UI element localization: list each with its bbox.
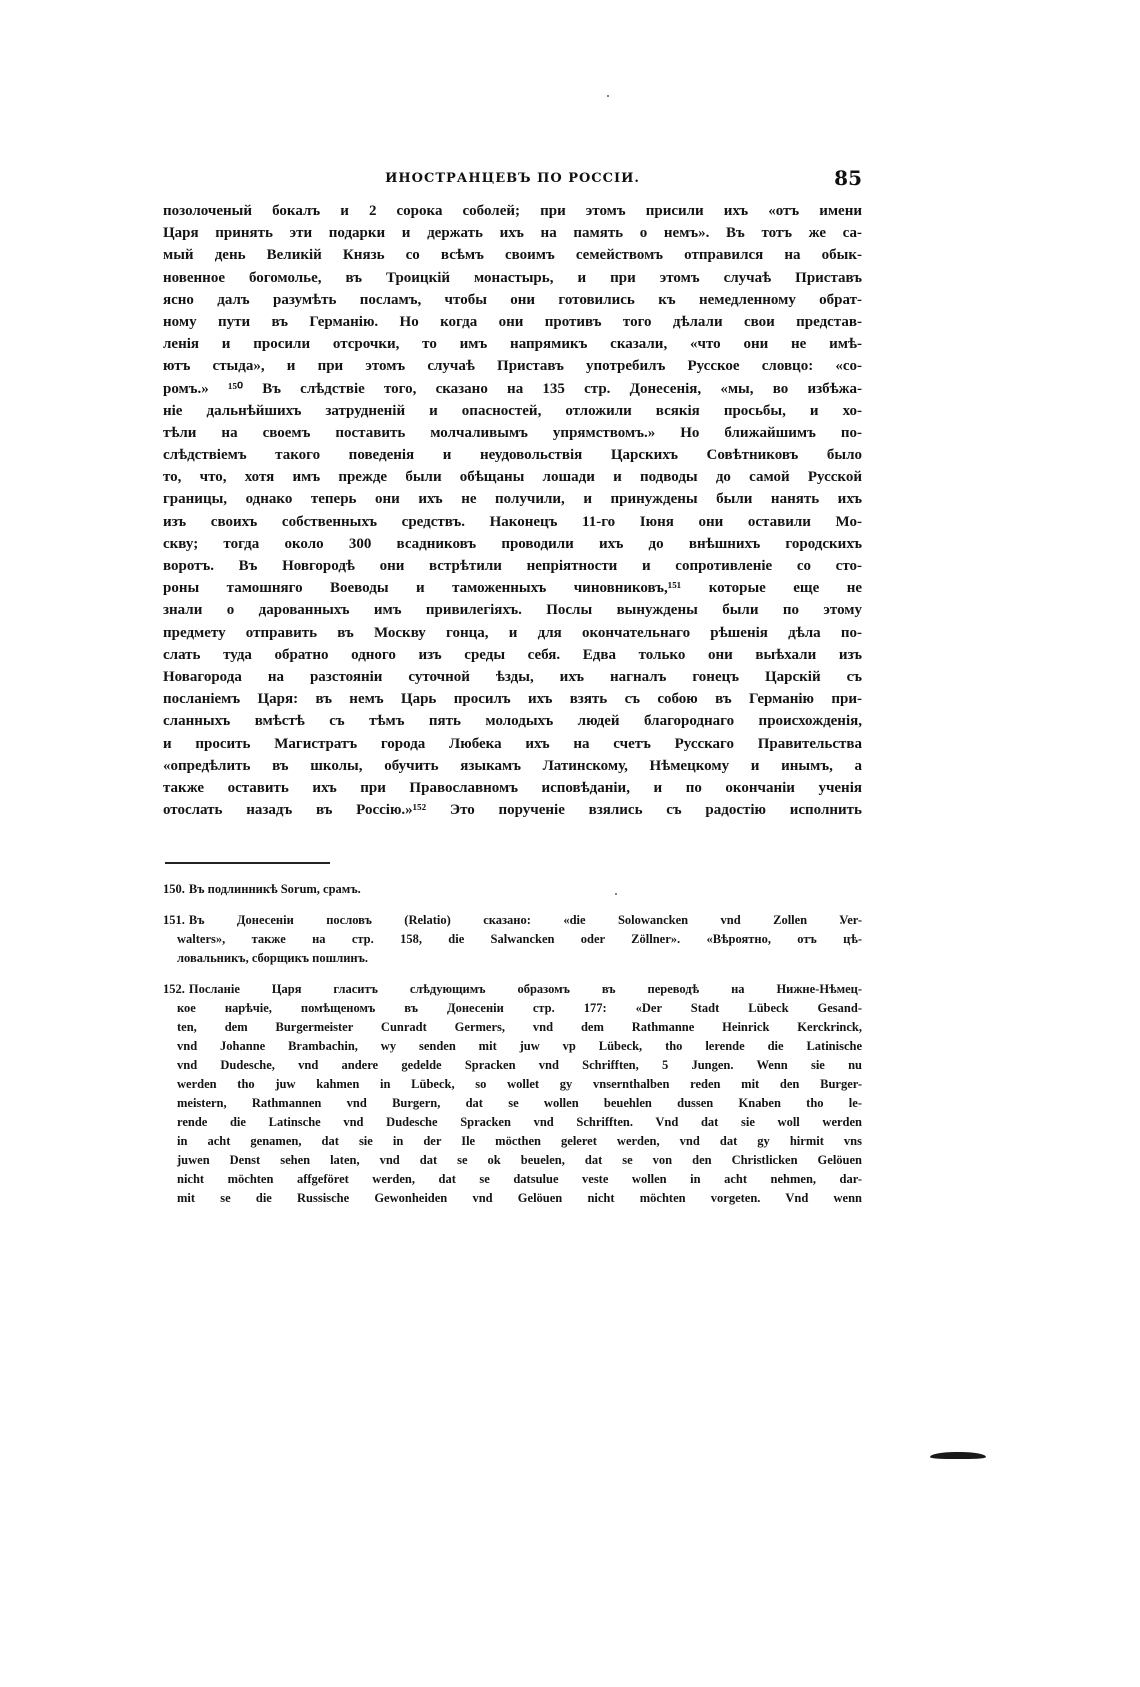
footnote-line: walters», также на стр. 158, die Salwanc… [163,930,862,949]
footnote-line: кое нарѣчіе, помѣщеномъ въ Донесеніи стр… [163,999,862,1018]
footnotes: 150.Въ подлинникѣ Sorum, срамъ. 151.Въ Д… [163,880,862,1220]
text-line: слать туда обратно одного изъ среды себя… [163,644,862,666]
scan-speck [607,95,609,97]
text-line: ленія и просили отсрочки, то имъ напрями… [163,333,862,355]
footnote-151: 151.Въ Донесеніи пословъ (Relatio) сказа… [163,911,862,968]
book-page: ИНОСТРАНЦЕВЪ ПО РОССІИ. 85 позолоченый б… [0,0,1140,1687]
footnote-line: ten, dem Burgermeister Cunradt Germers, … [163,1018,862,1037]
text-line: изъ своихъ собственныхъ средствъ. Наконе… [163,511,862,533]
footnote-number: 150. [163,882,185,896]
footnote-line: vnd Johanne Brambachin, wy senden mit ju… [163,1037,862,1056]
text-line: тѣли на своемъ поставить молчаливымъ упр… [163,422,862,444]
text-line: знали о дарованныхъ имъ привилегіяхъ. По… [163,599,862,621]
text-line: Царя принять эти подарки и держать ихъ н… [163,222,862,244]
footnote-line: rende die Latinsche vnd Dudesche Spracke… [163,1113,862,1132]
text-line: воротъ. Въ Новгородѣ они встрѣтили непрі… [163,555,862,577]
text-line: посланіемъ Царя: въ немъ Царь просилъ их… [163,688,862,710]
text-line: границы, однако теперь они ихъ не получи… [163,488,862,510]
text-line: ютъ стыда», и при этомъ случаѣ Приставъ … [163,355,862,377]
footnote-text: Посланіе Царя гласитъ слѣдующимъ образом… [189,982,862,996]
footnote-line: juwen Denst sehen laten, vnd dat se ok b… [163,1151,862,1170]
text-line: слѣдствіемъ такого поведенія и неудоволь… [163,444,862,466]
footnote-line: 151.Въ Донесеніи пословъ (Relatio) сказа… [163,911,862,930]
page-header: ИНОСТРАНЦЕВЪ ПО РОССІИ. 85 [163,168,862,192]
footnote-line: 150.Въ подлинникѣ Sorum, срамъ. [163,880,862,899]
text-line: ясно далъ разумѣть посламъ, чтобы они го… [163,289,862,311]
footnote-150: 150.Въ подлинникѣ Sorum, срамъ. [163,880,862,899]
page-number: 85 [834,166,862,190]
footnote-line: 152.Посланіе Царя гласитъ слѣдующимъ обр… [163,980,862,999]
text-line: новенное богомолье, въ Троицкій монастыр… [163,267,862,289]
text-line: ному пути въ Германію. Но когда они прот… [163,311,862,333]
ink-smudge [930,1452,986,1459]
footnote-line: meistern, Rathmannen vnd Burgern, dat se… [163,1094,862,1113]
running-title: ИНОСТРАНЦЕВЪ ПО РОССІИ. [163,171,862,186]
text-line: «опредѣлить въ школы, обучить языкамъ Ла… [163,755,862,777]
text-line: и просить Магистратъ города Любека ихъ н… [163,733,862,755]
footnote-separator [165,862,330,864]
main-text: позолоченый бокалъ и 2 сорока соболей; п… [163,200,862,821]
footnote-line: ловальникъ, сборщикъ пошлинъ. [163,949,862,968]
text-line: Новагорода на разстояніи суточной ѣзды, … [163,666,862,688]
scan-speck [840,922,842,924]
footnote-line: vnd Dudesche, vnd andere gedelde Spracke… [163,1056,862,1075]
text-line: ромъ.» ¹⁵⁰ Въ слѣдствіе того, сказано на… [163,378,862,400]
footnote-152: 152.Посланіе Царя гласитъ слѣдующимъ обр… [163,980,862,1208]
footnote-line: werden tho juw kahmen in Lübeck, so woll… [163,1075,862,1094]
text-line: мый день Великій Князь со всѣмъ своимъ с… [163,244,862,266]
text-line: также оставить ихъ при Православномъ исп… [163,777,862,799]
text-line: роны тамошняго Воеводы и таможенныхъ чин… [163,577,862,599]
footnote-line: in acht genamen, dat sie in der Ile möct… [163,1132,862,1151]
text-line: отослать назадъ въ Россію.»¹⁵² Это поруч… [163,799,862,821]
footnote-number: 152. [163,982,185,996]
text-line: позолоченый бокалъ и 2 сорока соболей; п… [163,200,862,222]
footnote-line: nicht möchten affgeföret werden, dat se … [163,1170,862,1189]
footnote-number: 151. [163,913,185,927]
footnote-text: Въ подлинникѣ Sorum, срамъ. [189,882,361,896]
footnote-line: mit se die Russische Gewonheiden vnd Gel… [163,1189,862,1208]
text-line: то, что, хотя имъ прежде были обѣщаны ло… [163,466,862,488]
text-line: предмету отправить въ Москву гонца, и дл… [163,622,862,644]
footnote-text: Въ Донесеніи пословъ (Relatio) сказано: … [189,913,862,927]
scan-speck [615,893,617,895]
text-line: скву; тогда около 300 всадниковъ проводи… [163,533,862,555]
text-line: сланныхъ вмѣстѣ съ тѣмъ пять молодыхъ лю… [163,710,862,732]
text-line: ніе дальнѣйшихъ затрудненій и опасностей… [163,400,862,422]
